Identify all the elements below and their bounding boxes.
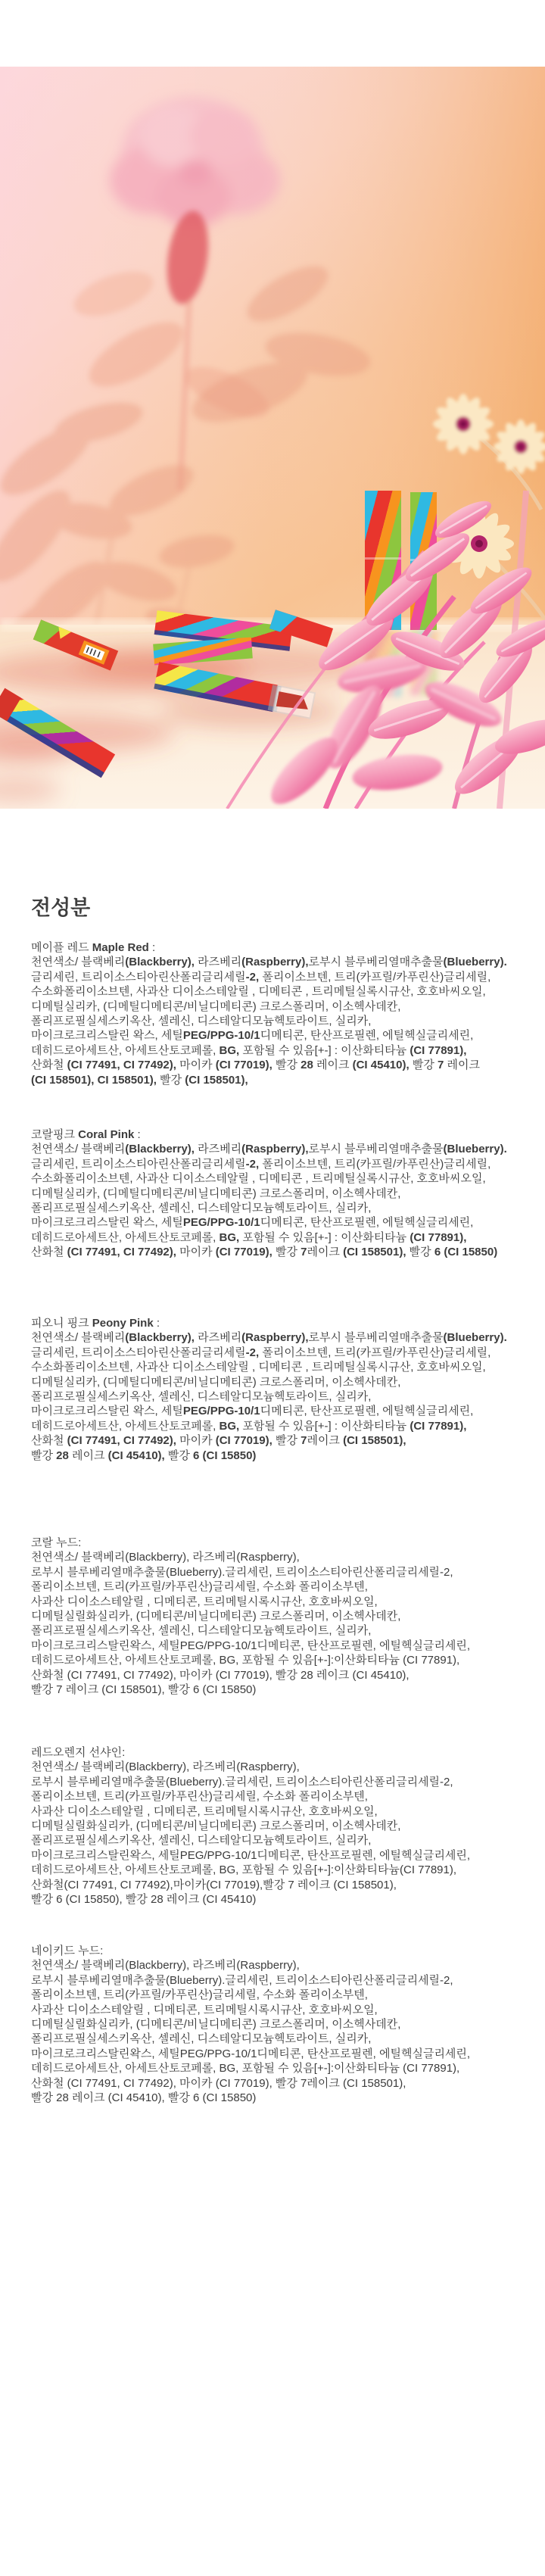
ingredient-line: 데히드로아세트산, 아세트산토코페롤, BG, 포함될 수 있음[+-]:이산화… <box>31 1653 537 1667</box>
shade-name: 코랄 누드: <box>31 1536 537 1550</box>
ingredient-line: 폴리프로필실세스키옥산, 셀레신, 디스테알디모늄헥토라이트, 실리카, <box>31 1389 537 1404</box>
ingredient-section-peony-pink: 피오니 핑크 Peony Pink :천연색소/ 블랙베리(Blackberry… <box>31 1316 537 1463</box>
ingredient-line: 디메틸실릴화실리카, (디메티콘/비닐디메티콘) 크로스폴리머, 이소헥사데칸, <box>31 2017 537 2032</box>
ingredient-line: 사과산 디이소스테알릴 , 디메티콘, 트리메틸시록시규산, 호호바씨오일, <box>31 2003 537 2017</box>
shade-name: 레드오렌지 선샤인: <box>31 1745 537 1760</box>
ingredient-line: 마이크로크리스탈린왁스, 세틸PEG/PPG-10/1디메티콘, 탄산프로필렌,… <box>31 1848 537 1863</box>
ingredient-line: 천연색소/ 블랙베리(Blackberry), 라즈베리(Raspberry),… <box>31 1142 537 1156</box>
ingredient-line: 데히드로아세트산, 아세트산토코페롤, BG, 포함될 수 있음[+-]:이산화… <box>31 1863 537 1877</box>
ingredient-line: 마이크로크리스탈린왁스, 세틸PEG/PPG-10/1디메티콘, 탄산프로필렌,… <box>31 1639 537 1653</box>
ingredient-line: 글리세린, 트리이소스티아린산폴리글리세릴-2, 폴리이소브텐, 트리(카프릴/… <box>31 1157 537 1171</box>
ingredient-line: 데히드로아세트산, 아세트산토코페롤, BG, 포함될 수 있음[+-] : 이… <box>31 1230 537 1245</box>
ingredient-line: 글리세린, 트리이소스티아린산폴리글리세릴-2, 폴리이소브텐, 트리(카프릴/… <box>31 970 537 984</box>
ingredient-line: 빨강 6 (CI 15850), 빨강 28 레이크 (CI 45410) <box>31 1892 537 1907</box>
ingredient-line: 폴리프로필실세스키옥산, 셀레신, 디스테알디모늄헥토라이트, 실리카, <box>31 1201 537 1215</box>
ingredient-line: 천연색소/ 블랙베리(Blackberry), 라즈베리(Raspberry), <box>31 1550 537 1564</box>
ingredient-line: 폴리프로필실세스키옥산, 셀레신, 디스테알디모늄헥토라이트, 실리카, <box>31 1623 537 1638</box>
ingredient-line: 수소화폴리이소브텐, 사과산 디이소스테알릴 , 디메티콘 , 트리메틸실록시규… <box>31 984 537 999</box>
ingredient-line: 디메틸실릴화실리카, (디메티콘/비닐디메티콘) 크로스폴리머, 이소헥사데칸, <box>31 1819 537 1833</box>
ingredient-line: 디메틸실리카, (디메틸디메티콘/비닐디메티콘) 크로스폴리머, 이소헥사데칸, <box>31 1375 537 1389</box>
ingredient-section-red-orange-sunshine: 레드오렌지 선샤인:천연색소/ 블랙베리(Blackberry), 라즈베리(R… <box>31 1745 537 1907</box>
ingredient-line: 산화철 (CI 77491, CI 77492), 마이카 (CI 77019)… <box>31 1433 537 1448</box>
ingredients-title: 전성분 <box>31 896 90 920</box>
ingredient-line: 데히드로아세트산, 아세트산토코페롤, BG, 포함될 수 있음[+-] : 이… <box>31 1043 537 1058</box>
ingredient-line: 폴리프로필실세스키옥산, 셀레신, 디스테알디모늄헥토라이트, 실리카, <box>31 1014 537 1028</box>
product-photo-illustration <box>0 67 545 809</box>
ingredient-line: 마이크로크리스탈린 왁스, 세틸PEG/PPG-10/1디메티콘, 탄산프로필렌… <box>31 1215 537 1230</box>
ingredient-line: 마이크로크리스탈린 왁스, 세틸PEG/PPG-10/1디메티콘, 탄산프로필렌… <box>31 1404 537 1418</box>
ingredient-line: 빨강 28 레이크 (CI 45410), 빨강 6 (CI 15850) <box>31 2091 537 2105</box>
ingredient-line: 폴리이소브텐, 트리(카프릴/카푸린산)글리세릴, 수소화 폴리이소부텐, <box>31 1789 537 1804</box>
ingredient-line: 로부시 블루베리열매추출물(Blueberry).글리세린, 트리이소스티아린산… <box>31 1775 537 1789</box>
ingredient-line: 디메틸실리카, (디메틸디메티콘/비닐디메티콘) 크로스폴리머, 이소헥사데칸, <box>31 1000 537 1014</box>
ingredient-line: 마이크로크리스탈린 왁스, 세틸PEG/PPG-10/1디메티콘, 탄산프로필렌… <box>31 1028 537 1043</box>
ingredient-line: 산화철 (CI 77491, CI 77492), 마이카 (CI 77019)… <box>31 1668 537 1683</box>
ingredient-line: 로부시 블루베리열매추출물(Blueberry).글리세린, 트리이소스티아린산… <box>31 1565 537 1580</box>
ingredient-line: 데히드로아세트산, 아세트산토코페롤, BG, 포함될 수 있음[+-]:이산화… <box>31 2061 537 2075</box>
ingredient-line: 로부시 블루베리열매추출물(Blueberry).글리세린, 트리이소스티아린산… <box>31 1973 537 1988</box>
ingredient-line: 수소화폴리이소브텐, 사과산 디이소스테알릴 , 디메티콘 , 트리메틸실록시규… <box>31 1360 537 1374</box>
ingredient-line: 디메틸실리카, (디메틸디메티콘/비닐디메티콘) 크로스폴리머, 이소헥사데칸, <box>31 1187 537 1201</box>
ingredient-line: 마이크로크리스탈린왁스, 세틸PEG/PPG-10/1디메티콘, 탄산프로필렌,… <box>31 2047 537 2061</box>
ingredient-section-naked-nude: 네이키드 누드:천연색소/ 블랙베리(Blackberry), 라즈베리(Ras… <box>31 1944 537 2105</box>
ingredient-line: 산화철 (CI 77491, CI 77492), 마이카 (CI 77019)… <box>31 2076 537 2091</box>
shade-name: 피오니 핑크 Peony Pink : <box>31 1316 537 1330</box>
ingredient-section-maple-red: 메이플 레드 Maple Red :천연색소/ 블랙베리(Blackberry)… <box>31 940 537 1087</box>
ingredient-line: 사과산 디이소스테알릴 , 디메티콘, 트리메틸시록시규산, 호호바씨오일, <box>31 1595 537 1609</box>
ingredient-line: 천연색소/ 블랙베리(Blackberry), 라즈베리(Raspberry), <box>31 1958 537 1973</box>
ingredient-line: 빨강 7 레이크 (CI 158501), 빨강 6 (CI 15850) <box>31 1683 537 1697</box>
ingredient-line: 폴리프로필실세스키옥산, 셀레신, 디스테알디모늄헥토라이트, 실리카, <box>31 2032 537 2046</box>
ingredient-line: 천연색소/ 블랙베리(Blackberry), 라즈베리(Raspberry), <box>31 1760 537 1774</box>
product-detail-page: 전성분 메이플 레드 Maple Red :천연색소/ 블랙베리(Blackbe… <box>0 0 545 2576</box>
ingredient-line: 글리세린, 트리이소스티아린산폴리글리세릴-2, 폴리이소브텐, 트리(카프릴/… <box>31 1346 537 1360</box>
ingredient-line: 산화철 (CI 77491, CI 77492), 마이카 (CI 77019)… <box>31 1058 537 1072</box>
shade-name: 네이키드 누드: <box>31 1944 537 1958</box>
ingredient-line: 산화철(CI 77491, CI 77492),마이카(CI 77019),빨강… <box>31 1878 537 1892</box>
ingredient-line: 빨강 28 레이크 (CI 45410), 빨강 6 (CI 15850) <box>31 1449 537 1463</box>
ingredient-line: (CI 158501), CI 158501), 빨강 (CI 158501), <box>31 1073 537 1087</box>
ingredient-line: 산화철 (CI 77491, CI 77492), 마이카 (CI 77019)… <box>31 1245 537 1259</box>
shade-name: 메이플 레드 Maple Red : <box>31 940 537 955</box>
ingredient-section-coral-nude: 코랄 누드:천연색소/ 블랙베리(Blackberry), 라즈베리(Raspb… <box>31 1536 537 1697</box>
ingredient-line: 폴리프로필실세스키옥산, 셀레신, 디스테알디모늄헥토라이트, 실리카, <box>31 1833 537 1848</box>
ingredient-line: 디메틸실릴화실리카, (디메티콘/비닐디메티콘) 크로스폴리머, 이소헥사데칸, <box>31 1609 537 1623</box>
ingredient-line: 폴리이소브텐, 트리(카프릴/카푸린산)글리세릴, 수소화 폴리이소부텐, <box>31 1580 537 1594</box>
shade-name: 코랄핑크 Coral Pink : <box>31 1127 537 1142</box>
ingredient-line: 천연색소/ 블랙베리(Blackberry), 라즈베리(Raspberry),… <box>31 955 537 969</box>
ingredient-line: 폴리이소브텐, 트리(카프릴/카푸린산)글리세릴, 수소화 폴리이소부텐, <box>31 1988 537 2002</box>
ingredient-line: 데히드로아세트산, 아세트산토코페롤, BG, 포함될 수 있음[+-] : 이… <box>31 1419 537 1433</box>
ingredient-line: 사과산 디이소스테알릴 , 디메티콘, 트리메틸시록시규산, 호호바씨오일, <box>31 1804 537 1819</box>
ingredient-line: 수소화폴리이소브텐, 사과산 디이소스테알릴 , 디메티콘 , 트리메틸실록시규… <box>31 1171 537 1186</box>
ingredient-line: 천연색소/ 블랙베리(Blackberry), 라즈베리(Raspberry),… <box>31 1330 537 1345</box>
product-photo <box>0 67 545 809</box>
ingredient-section-coral-pink: 코랄핑크 Coral Pink :천연색소/ 블랙베리(Blackberry),… <box>31 1127 537 1260</box>
